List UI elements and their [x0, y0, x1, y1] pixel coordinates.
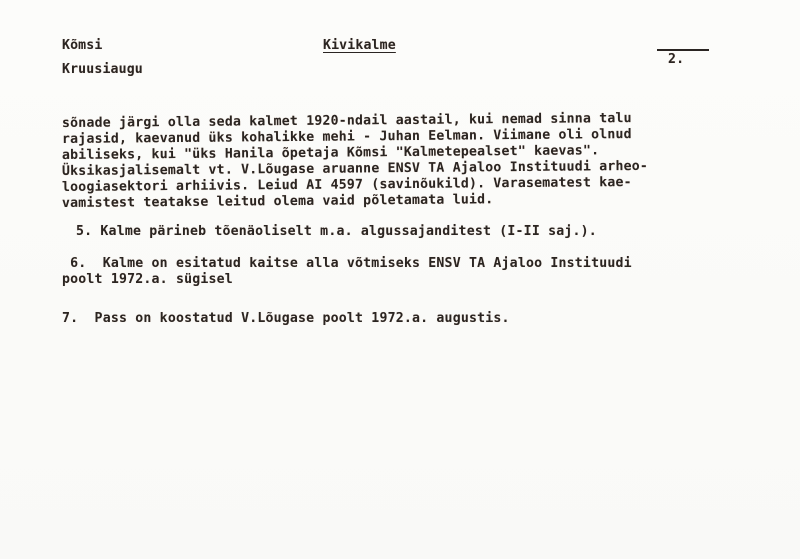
location-name: Kõmsi — [62, 38, 102, 53]
archive-card: Kõmsi Kruusiaugu Kivikalme 2. sõnade jär… — [0, 0, 800, 559]
page-number-rule — [657, 49, 709, 51]
item-7: 7. Pass on koostatud V.Lõugase poolt 197… — [62, 311, 510, 326]
page-number: 2. — [668, 52, 684, 67]
item-6-line: 6. Kalme on esitatud kaitse alla võtmise… — [62, 256, 632, 271]
paragraph-line: vamistest teatakse leitud olema vaid põl… — [62, 192, 494, 211]
site-type-title: Kivikalme — [323, 38, 396, 53]
village-name: Kruusiaugu — [62, 62, 143, 77]
item-6-line: poolt 1972.a. sügisel — [62, 272, 233, 287]
item-5: 5. Kalme pärineb tõenäoliselt m.a. algus… — [76, 224, 597, 239]
